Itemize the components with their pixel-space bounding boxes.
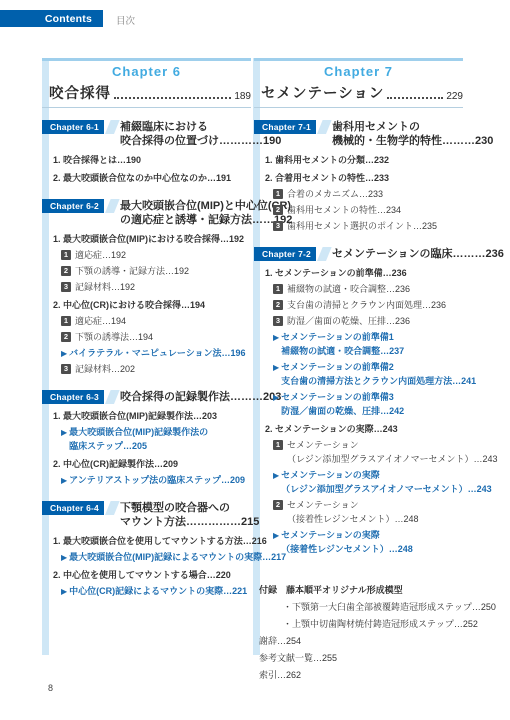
section-tag-tail: [105, 199, 120, 213]
subitem-text: 支台歯の清掃とクラウン内面処理…236: [287, 300, 446, 311]
subitem-line: 歯科用セメントの特性…234: [287, 205, 401, 216]
subitem-line: バイラテラル・マニピュレーション法…196: [69, 348, 245, 359]
section-tag: Chapter 6-3: [42, 390, 104, 404]
toc-subitem: ▶最大咬頭嵌合位(MIP)記録によるマウントの実際…217: [42, 552, 251, 563]
section-title: セメンテーションの臨床………236: [332, 247, 504, 261]
subitem-line: セメンテーションの前準備2: [281, 362, 476, 373]
section-header: Chapter 7-2セメンテーションの臨床………236: [254, 247, 463, 261]
toc-section: Chapter 6-1補綴臨床における咬合採得の位置づけ…………1901. 咬合…: [42, 120, 251, 184]
section-tag: Chapter 6-2: [42, 199, 104, 213]
arrow-icon: ▶: [273, 530, 279, 555]
section-title-line: 下顎模型の咬合器への: [120, 501, 259, 515]
footer-item: 索引…262: [254, 670, 463, 681]
toc-subitem: ▶最大咬頭嵌合位(MIP)記録製作法の臨床ステップ…205: [42, 427, 251, 452]
toc-item: 2. セメンテーションの実際…243: [254, 424, 463, 435]
subitem-text: セメンテーション（接着性レジンセメント）…248: [287, 500, 419, 525]
column-footer: 付録藤本順平オリジナル形成模型・下顎第一大臼歯全部被覆鋳造冠形成ステップ…250…: [254, 585, 463, 681]
toc-subitem: 1適応症…192: [42, 250, 251, 261]
subitem-text: 適応症…192: [75, 250, 126, 261]
subitem-text: セメンテーション（レジン添加型グラスアイオノマーセメント）…243: [287, 440, 498, 465]
square-number-badge: 1: [61, 316, 71, 326]
subitem-line: 歯科用セメント選択のポイント…235: [287, 221, 437, 232]
section-tag: Chapter 6-4: [42, 501, 104, 515]
section-title: 下顎模型の咬合器へのマウント方法……………215: [120, 501, 259, 529]
toc-item: 1. 最大咬頭嵌合位(MIP)記録製作法…203: [42, 411, 251, 422]
toc-subitem: ▶セメンテーションの実際（レジン添加型グラスアイオノマーセメント）…243: [254, 470, 463, 495]
arrow-icon: ▶: [61, 475, 67, 486]
contents-badge: Contents: [0, 10, 103, 27]
page-number: 8: [48, 683, 53, 693]
toc-item: 2. 中心位(CR)記録製作法…209: [42, 459, 251, 470]
section-list: Chapter 7-1歯科用セメントの機械的・生物学的特性………2301. 歯科…: [254, 120, 463, 555]
toc-item: 1. 最大咬頭嵌合位を使用してマウントする方法…216: [42, 536, 251, 547]
toc-section: Chapter 6-4下顎模型の咬合器へのマウント方法……………2151. 最大…: [42, 501, 251, 597]
section-tag: Chapter 7-2: [254, 247, 316, 261]
footer-item: 謝辞…254: [254, 636, 463, 647]
toc-subitem: 2セメンテーション（接着性レジンセメント）…248: [254, 500, 463, 525]
square-number-badge: 1: [61, 250, 71, 260]
toc-item: 1. セメンテーションの前準備…236: [254, 268, 463, 279]
subitem-text: 適応症…194: [75, 316, 126, 327]
square-number-badge: 3: [273, 221, 283, 231]
subitem-line: （レジン添加型グラスアイオノマーセメント）…243: [287, 454, 498, 465]
subitem-line: 支台歯の清掃とクラウン内面処理…236: [287, 300, 446, 311]
section-title-line: マウント方法……………215: [120, 515, 259, 529]
appendix-title: 藤本順平オリジナル形成模型: [286, 585, 403, 596]
appendix-row: 付録藤本順平オリジナル形成模型: [254, 585, 463, 596]
toc-subitem: ▶セメンテーションの前準備3防湿／歯面の乾燥、圧排…242: [254, 392, 463, 417]
subitem-line: 補綴物の試適・咬合調整…236: [287, 284, 410, 295]
subitem-line: 防湿／歯面の乾燥、圧排…242: [281, 406, 404, 417]
toc-column-chapter-7: Chapter 7 セメンテーション 229 Chapter 7-1歯科用セメン…: [254, 58, 463, 681]
subitem-line: 適応症…192: [75, 250, 126, 261]
subitem-text: 中心位(CR)記録によるマウントの実際…221: [69, 586, 247, 597]
toc-subitem: ▶中心位(CR)記録によるマウントの実際…221: [42, 586, 251, 597]
subitem-line: 記録材料…202: [75, 364, 135, 375]
column-rule: [254, 107, 463, 108]
subitem-line: 臨床ステップ…205: [69, 441, 208, 452]
column-top-bar: [254, 58, 463, 61]
toc-item: 2. 中心位を使用してマウントする場合…220: [42, 570, 251, 581]
toc-subitem: 2下顎の誘導・記録方法…192: [42, 266, 251, 277]
toc-subitem: 1適応症…194: [42, 316, 251, 327]
subitem-line: （接着性レジンセメント）…248: [281, 544, 413, 555]
contents-label: Contents: [45, 13, 92, 25]
square-number-badge: 2: [273, 205, 283, 215]
section-header: Chapter 7-1歯科用セメントの機械的・生物学的特性………230: [254, 120, 463, 148]
toc-item: 2. 最大咬頭嵌合位なのか中心位なのか…191: [42, 173, 251, 184]
arrow-icon: ▶: [273, 332, 279, 357]
toc-item: 1. 最大咬頭嵌合位(MIP)における咬合採得…192: [42, 234, 251, 245]
arrow-icon: ▶: [61, 586, 67, 597]
section-tag: Chapter 6-1: [42, 120, 104, 134]
toc-columns: Chapter 6 咬合採得 189 Chapter 6-1補綴臨床における咬合…: [42, 58, 462, 681]
subitem-line: セメンテーション: [287, 500, 419, 511]
arrow-icon: ▶: [61, 427, 67, 452]
square-number-badge: 1: [273, 440, 283, 450]
subitem-text: 下顎の誘導法…194: [75, 332, 153, 343]
toc-subitem: ▶セメンテーションの前準備2支台歯の清掃方法とクラウン内面処理方法…241: [254, 362, 463, 387]
toc-item: 2. 中心位(CR)における咬合採得…194: [42, 300, 251, 311]
toc-page: Contents 目次 Chapter 6 咬合採得 189 Chapter 6…: [0, 0, 510, 720]
subitem-text: セメンテーションの前準備1補綴物の試適・咬合調整…237: [281, 332, 404, 357]
section-tag-tail: [317, 120, 332, 134]
toc-subitem: 2歯科用セメントの特性…234: [254, 205, 463, 216]
subitem-line: 補綴物の試適・咬合調整…237: [281, 346, 404, 357]
subitem-line: アンテリアストップ法の臨床ステップ…209: [69, 475, 245, 486]
subitem-line: 適応症…194: [75, 316, 126, 327]
toc-subitem: 1合着のメカニズム…233: [254, 189, 463, 200]
toc-subitem: 2支台歯の清掃とクラウン内面処理…236: [254, 300, 463, 311]
chapter-title-row: 咬合採得 189: [42, 82, 251, 103]
toc-subitem: 1補綴物の試適・咬合調整…236: [254, 284, 463, 295]
section-title-line: 機械的・生物学的特性………230: [332, 134, 493, 148]
subitem-line: 記録材料…192: [75, 282, 135, 293]
subitem-line: セメンテーションの前準備3: [281, 392, 404, 403]
arrow-icon: ▶: [273, 362, 279, 387]
subitem-text: 歯科用セメント選択のポイント…235: [287, 221, 437, 232]
toc-subitem: ▶セメンテーションの前準備1補綴物の試適・咬合調整…237: [254, 332, 463, 357]
chapter-title: 咬合採得: [49, 82, 111, 103]
toc-subitem: 3記録材料…192: [42, 282, 251, 293]
subitem-line: 中心位(CR)記録によるマウントの実際…221: [69, 586, 247, 597]
leader-dots: [387, 97, 443, 99]
subitem-line: セメンテーションの実際: [281, 530, 413, 541]
toc-subitem: 1セメンテーション（レジン添加型グラスアイオノマーセメント）…243: [254, 440, 463, 465]
subitem-text: セメンテーションの前準備2支台歯の清掃方法とクラウン内面処理方法…241: [281, 362, 476, 387]
section-tag-tail: [105, 501, 120, 515]
chapter-heading: Chapter 6: [42, 64, 251, 79]
square-number-badge: 1: [273, 284, 283, 294]
column-rule: [42, 107, 251, 108]
subitem-text: 防湿／歯面の乾燥、圧排…236: [287, 316, 410, 327]
subitem-text: 合着のメカニズム…233: [287, 189, 383, 200]
square-number-badge: 2: [61, 266, 71, 276]
arrow-icon: ▶: [61, 348, 67, 359]
subitem-text: 下顎の誘導・記録方法…192: [75, 266, 189, 277]
toc-item: 1. 咬合採得とは…190: [42, 155, 251, 166]
chapter-page-number: 189: [234, 91, 251, 103]
toc-subitem: 2下顎の誘導法…194: [42, 332, 251, 343]
toc-column-chapter-6: Chapter 6 咬合採得 189 Chapter 6-1補綴臨床における咬合…: [42, 58, 251, 681]
subitem-line: 下顎の誘導法…194: [75, 332, 153, 343]
arrow-icon: ▶: [273, 470, 279, 495]
toc-subitem: 3防湿／歯面の乾燥、圧排…236: [254, 316, 463, 327]
square-number-badge: 1: [273, 189, 283, 199]
toc-item: 1. 歯科用セメントの分類…232: [254, 155, 463, 166]
section-title-line: セメンテーションの臨床………236: [332, 247, 504, 261]
leader-dots: [114, 97, 231, 99]
chapter-page-number: 229: [446, 91, 463, 103]
appendix-label: 付録: [259, 585, 277, 596]
chapter-heading: Chapter 7: [254, 64, 463, 79]
subitem-text: アンテリアストップ法の臨床ステップ…209: [69, 475, 245, 486]
section-list: Chapter 6-1補綴臨床における咬合採得の位置づけ…………1901. 咬合…: [42, 120, 251, 597]
toc-subitem: ▶アンテリアストップ法の臨床ステップ…209: [42, 475, 251, 486]
subitem-line: （レジン添加型グラスアイオノマーセメント）…243: [281, 484, 492, 495]
footer-item: ・下顎第一大臼歯全部被覆鋳造冠形成ステップ…250: [254, 602, 463, 613]
subitem-text: セメンテーションの実際（レジン添加型グラスアイオノマーセメント）…243: [281, 470, 492, 495]
square-number-badge: 2: [273, 500, 283, 510]
toc-subitem: 3歯科用セメント選択のポイント…235: [254, 221, 463, 232]
chapter-title: セメンテーション: [261, 82, 384, 103]
toc-subitem: 3記録材料…202: [42, 364, 251, 375]
square-number-badge: 3: [273, 316, 283, 326]
subitem-text: 補綴物の試適・咬合調整…236: [287, 284, 410, 295]
subitem-line: セメンテーションの実際: [281, 470, 492, 481]
subitem-text: セメンテーションの前準備3防湿／歯面の乾燥、圧排…242: [281, 392, 404, 417]
subitem-text: 記録材料…202: [75, 364, 135, 375]
section-header: Chapter 6-3咬合採得の記録製作法………203: [42, 390, 251, 404]
section-title-line: 歯科用セメントの: [332, 120, 493, 134]
toc-section: Chapter 6-2最大咬頭嵌合位(MIP)と中心位(CR)の適応症と誘導・記…: [42, 199, 251, 375]
square-number-badge: 3: [61, 364, 71, 374]
square-number-badge: 2: [61, 332, 71, 342]
column-top-bar: [42, 58, 251, 61]
subitem-line: セメンテーション: [287, 440, 498, 451]
subitem-line: 合着のメカニズム…233: [287, 189, 383, 200]
toc-section: Chapter 7-2セメンテーションの臨床………2361. セメンテーションの…: [254, 247, 463, 555]
subitem-line: 防湿／歯面の乾燥、圧排…236: [287, 316, 410, 327]
square-number-badge: 3: [61, 282, 71, 292]
subitem-line: 支台歯の清掃方法とクラウン内面処理方法…241: [281, 376, 476, 387]
subitem-text: バイラテラル・マニピュレーション法…196: [69, 348, 245, 359]
subitem-line: 最大咬頭嵌合位(MIP)記録製作法の: [69, 427, 208, 438]
toc-section: Chapter 7-1歯科用セメントの機械的・生物学的特性………2301. 歯科…: [254, 120, 463, 232]
section-header: Chapter 6-2最大咬頭嵌合位(MIP)と中心位(CR)の適応症と誘導・記…: [42, 199, 251, 227]
section-title: 歯科用セメントの機械的・生物学的特性………230: [332, 120, 493, 148]
toc-japanese-label: 目次: [116, 13, 135, 27]
square-number-badge: 2: [273, 300, 283, 310]
toc-section: Chapter 6-3咬合採得の記録製作法………2031. 最大咬頭嵌合位(MI…: [42, 390, 251, 486]
section-header: Chapter 6-1補綴臨床における咬合採得の位置づけ…………190: [42, 120, 251, 148]
chapter-title-row: セメンテーション 229: [254, 82, 463, 103]
subitem-line: 下顎の誘導・記録方法…192: [75, 266, 189, 277]
toc-subitem: ▶バイラテラル・マニピュレーション法…196: [42, 348, 251, 359]
section-tag-tail: [105, 390, 120, 404]
subitem-line: （接着性レジンセメント）…248: [287, 514, 419, 525]
section-tag: Chapter 7-1: [254, 120, 316, 134]
arrow-icon: ▶: [61, 552, 67, 563]
section-header: Chapter 6-4下顎模型の咬合器へのマウント方法……………215: [42, 501, 251, 529]
toc-subitem: ▶セメンテーションの実際（接着性レジンセメント）…248: [254, 530, 463, 555]
subitem-text: セメンテーションの実際（接着性レジンセメント）…248: [281, 530, 413, 555]
section-tag-tail: [105, 120, 120, 134]
arrow-icon: ▶: [273, 392, 279, 417]
subitem-text: 最大咬頭嵌合位(MIP)記録製作法の臨床ステップ…205: [69, 427, 208, 452]
section-tag-tail: [317, 247, 332, 261]
subitem-text: 記録材料…192: [75, 282, 135, 293]
footer-item: ・上顎中切歯陶材焼付鋳造冠形成ステップ…252: [254, 619, 463, 630]
footer-item: 参考文献一覧…255: [254, 653, 463, 664]
subitem-text: 歯科用セメントの特性…234: [287, 205, 401, 216]
toc-item: 2. 合着用セメントの特性…233: [254, 173, 463, 184]
subitem-line: セメンテーションの前準備1: [281, 332, 404, 343]
